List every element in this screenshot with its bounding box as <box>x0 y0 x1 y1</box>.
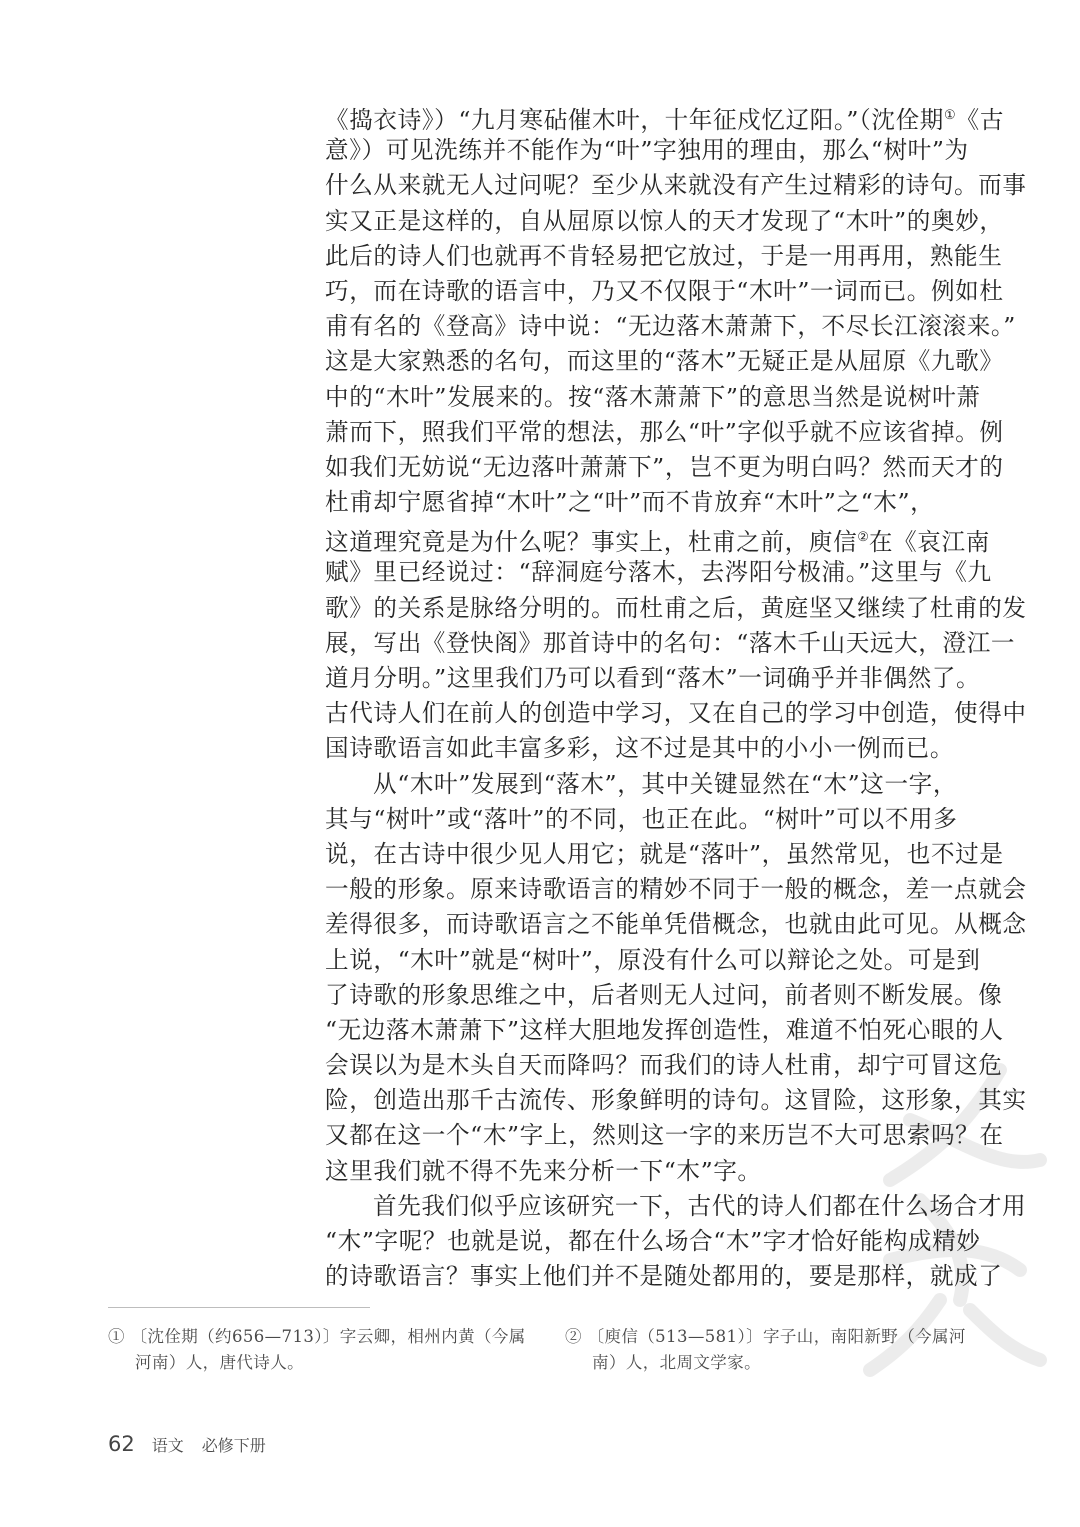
text-line: 萧而下，照我们平常的想法，那么“叶”字似乎就不应该省掉。例 <box>325 415 965 450</box>
text-line: 说，在古诗中很少见人用它；就是“落叶”，虽然常见，也不过是 <box>325 837 965 872</box>
footnote-text: 〔庾信（513—581）〕字子山，南阳新野（今属河 <box>588 1327 966 1346</box>
text-line: 杜甫却宁愿省掉“木叶”之“叶”而不肯放弃“木叶”之“木”， <box>325 485 965 520</box>
line-text: 《捣衣诗》）“九月寒砧催木叶，十年征戍忆辽阳。”（沈佺期 <box>325 106 944 134</box>
page-number: 62 <box>108 1432 135 1456</box>
text-line: 其与“树叶”或“落叶”的不同，也正在此。“树叶”可以不用多 <box>325 802 965 837</box>
text-line: 会误以为是木头自天而降吗？而我们的诗人杜甫，却宁可冒这危 <box>325 1048 965 1083</box>
text-line: 这是大家熟悉的名句，而这里的“落木”无疑正是从屈原《九歌》 <box>325 344 965 379</box>
text-line: 这道理究竟是为什么呢？事实上，杜甫之前，庾信②在《哀江南 <box>325 520 965 555</box>
line-text: 展，写出《登快阁》那首诗中的名句：“落木千山天远大，澄江一 <box>325 629 1015 657</box>
line-text: 实又正是这样的，自从屈原以惊人的天才发现了“木叶”的奥妙， <box>325 207 1004 235</box>
line-text: 赋》里已经说过：“辞洞庭兮落木，去涔阳兮极浦。”这里与《九 <box>325 558 992 586</box>
page-footer: 62 语文 必修下册 <box>108 1432 266 1462</box>
text-line: 国诗歌语言如此丰富多彩，这不过是其中的小小一例而已。 <box>325 731 965 766</box>
text-line: “无边落木萧萧下”这样大胆地发挥创造性，难道不怕死心眼的人 <box>325 1013 965 1048</box>
footnote-divider <box>108 1307 370 1308</box>
line-text: 这道理究竟是为什么呢？事实上，杜甫之前，庾信 <box>325 528 857 556</box>
line-text: 上说，“木叶”就是“树叶”，原没有什么可以辩论之处。可是到 <box>325 946 981 974</box>
text-line: 此后的诗人们也就再不肯轻易把它放过，于是一用再用，熟能生 <box>325 239 965 274</box>
line-text-after-ref: 在《哀江南 <box>869 528 990 556</box>
line-text: 一般的形象。原来诗歌语言的精妙不同于一般的概念，差一点就会 <box>325 875 1027 903</box>
book-subject: 语文 <box>152 1433 184 1456</box>
text-line: 甫有名的《登高》诗中说：“无边落木萧萧下，不尽长江滚滚来。” <box>325 309 965 344</box>
line-text: 如我们无妨说“无边落叶萧萧下”，岂不更为明白吗？然而天才的 <box>325 453 1004 481</box>
line-text: 这是大家熟悉的名句，而这里的“落木”无疑正是从屈原《九歌》 <box>325 347 1004 375</box>
line-text: 歌》的关系是脉络分明的。而杜甫之后，黄庭坚又继续了杜甫的发 <box>325 594 1027 622</box>
footnote-2: ② 〔庾信（513—581）〕字子山，南阳新野（今属河 南）人，北周文学家。 <box>565 1324 985 1376</box>
text-line: 了诗歌的形象思维之中，后者则无人过问，前者则不断发展。像 <box>325 978 965 1013</box>
footnote-text-continued: 河南）人，唐代诗人。 <box>108 1350 528 1376</box>
text-line: 一般的形象。原来诗歌语言的精妙不同于一般的概念，差一点就会 <box>325 872 965 907</box>
line-text: 古代诗人们在前人的创造中学习，又在自己的学习中创造，使得中 <box>325 699 1027 727</box>
text-line: 险，创造出那千古流传、形象鲜明的诗句。这冒险，这形象，其实 <box>325 1083 965 1118</box>
book-volume: 必修下册 <box>202 1433 266 1456</box>
text-line: 什么从来就无人过问呢？至少从来就没有产生过精彩的诗句。而事 <box>325 168 965 203</box>
line-text: 了诗歌的形象思维之中，后者则无人过问，前者则不断发展。像 <box>325 981 1002 1009</box>
line-text: 会误以为是木头自天而降吗？而我们的诗人杜甫，却宁可冒这危 <box>325 1051 1002 1079</box>
text-line: 意》）可见洗练并不能作为“叶”字独用的理由，那么“树叶”为 <box>325 133 965 168</box>
footnote-marker: ① <box>108 1327 125 1346</box>
line-text: 首先我们似乎应该研究一下，古代的诗人们都在什么场合才用 <box>373 1192 1026 1220</box>
text-line: 道月分明。”这里我们乃可以看到“落木”一词确乎并非偶然了。 <box>325 661 965 696</box>
text-line: 的诗歌语言？事实上他们并不是随处都用的，要是那样，就成了 <box>325 1259 965 1294</box>
text-line: 从“木叶”发展到“落木”，其中关键显然在“木”这一字， <box>325 767 965 802</box>
footnote-reference[interactable]: ② <box>857 530 869 545</box>
footnote-text: 〔沈佺期（约656—713）〕字云卿，相州内黄（今属 <box>131 1327 526 1346</box>
line-text: 杜甫却宁愿省掉“木叶”之“叶”而不肯放弃“木叶”之“木”， <box>325 488 934 516</box>
text-line: 歌》的关系是脉络分明的。而杜甫之后，黄庭坚又继续了杜甫的发 <box>325 591 965 626</box>
line-text: 又都在这一个“木”字上，然则这一字的来历岂不大可思索吗？在 <box>325 1121 1004 1149</box>
text-line: 展，写出《登快阁》那首诗中的名句：“落木千山天远大，澄江一 <box>325 626 965 661</box>
line-text-after-ref: 《古 <box>956 106 1004 134</box>
text-line: 首先我们似乎应该研究一下，古代的诗人们都在什么场合才用 <box>325 1189 965 1224</box>
line-text: 差得很多，而诗歌语言之不能单凭借概念，也就由此可见。从概念 <box>325 910 1027 938</box>
text-line: 上说，“木叶”就是“树叶”，原没有什么可以辩论之处。可是到 <box>325 943 965 978</box>
line-text: 这里我们就不得不先来分析一下“木”字。 <box>325 1157 762 1185</box>
text-line: 又都在这一个“木”字上，然则这一字的来历岂不大可思索吗？在 <box>325 1118 965 1153</box>
line-text: 其与“树叶”或“落叶”的不同，也正在此。“树叶”可以不用多 <box>325 805 957 833</box>
line-text: “无边落木萧萧下”这样大胆地发挥创造性，难道不怕死心眼的人 <box>325 1016 1004 1044</box>
text-line: 中的“木叶”发展来的。按“落木萧萧下”的意思当然是说树叶萧 <box>325 380 965 415</box>
text-line: 如我们无妨说“无边落叶萧萧下”，岂不更为明白吗？然而天才的 <box>325 450 965 485</box>
line-text: 巧，而在诗歌的语言中，乃又不仅限于“木叶”一词而已。例如杜 <box>325 277 1004 305</box>
line-text: 中的“木叶”发展来的。按“落木萧萧下”的意思当然是说树叶萧 <box>325 383 981 411</box>
line-text: 甫有名的《登高》诗中说：“无边落木萧萧下，不尽长江滚滚来。” <box>325 312 1016 340</box>
text-line: 差得很多，而诗歌语言之不能单凭借概念，也就由此可见。从概念 <box>325 907 965 942</box>
line-text: 国诗歌语言如此丰富多彩，这不过是其中的小小一例而已。 <box>325 734 954 762</box>
text-line: 古代诗人们在前人的创造中学习，又在自己的学习中创造，使得中 <box>325 696 965 731</box>
line-text: 意》）可见洗练并不能作为“叶”字独用的理由，那么“树叶”为 <box>325 136 969 164</box>
line-text: 险，创造出那千古流传、形象鲜明的诗句。这冒险，这形象，其实 <box>325 1086 1027 1114</box>
text-line: “木”字呢？也就是说，都在什么场合“木”字才恰好能构成精妙 <box>325 1224 965 1259</box>
line-text: “木”字呢？也就是说，都在什么场合“木”字才恰好能构成精妙 <box>325 1227 981 1255</box>
text-line: 巧，而在诗歌的语言中，乃又不仅限于“木叶”一词而已。例如杜 <box>325 274 965 309</box>
footnote-text-continued: 南）人，北周文学家。 <box>565 1350 985 1376</box>
line-text: 从“木叶”发展到“落木”，其中关键显然在“木”这一字， <box>373 770 957 798</box>
line-text: 道月分明。”这里我们乃可以看到“落木”一词确乎并非偶然了。 <box>325 664 980 692</box>
line-text: 说，在古诗中很少见人用它；就是“落叶”，虽然常见，也不过是 <box>325 840 1004 868</box>
line-text: 此后的诗人们也就再不肯轻易把它放过，于是一用再用，熟能生 <box>325 242 1002 270</box>
text-line: 《捣衣诗》）“九月寒砧催木叶，十年征戍忆辽阳。”（沈佺期①《古 <box>325 98 965 133</box>
footnote-marker: ② <box>565 1327 582 1346</box>
text-line: 赋》里已经说过：“辞洞庭兮落木，去涔阳兮极浦。”这里与《九 <box>325 555 965 590</box>
body-text: 《捣衣诗》）“九月寒砧催木叶，十年征戍忆辽阳。”（沈佺期①《古意》）可见洗练并不… <box>325 98 965 1294</box>
footnote-1: ① 〔沈佺期（约656—713）〕字云卿，相州内黄（今属 河南）人，唐代诗人。 <box>108 1324 528 1376</box>
line-text: 的诗歌语言？事实上他们并不是随处都用的，要是那样，就成了 <box>325 1262 1002 1290</box>
text-line: 实又正是这样的，自从屈原以惊人的天才发现了“木叶”的奥妙， <box>325 204 965 239</box>
text-line: 这里我们就不得不先来分析一下“木”字。 <box>325 1154 965 1189</box>
line-text: 萧而下，照我们平常的想法，那么“叶”字似乎就不应该省掉。例 <box>325 418 1004 446</box>
footnote-reference[interactable]: ① <box>944 108 956 123</box>
line-text: 什么从来就无人过问呢？至少从来就没有产生过精彩的诗句。而事 <box>325 171 1027 199</box>
